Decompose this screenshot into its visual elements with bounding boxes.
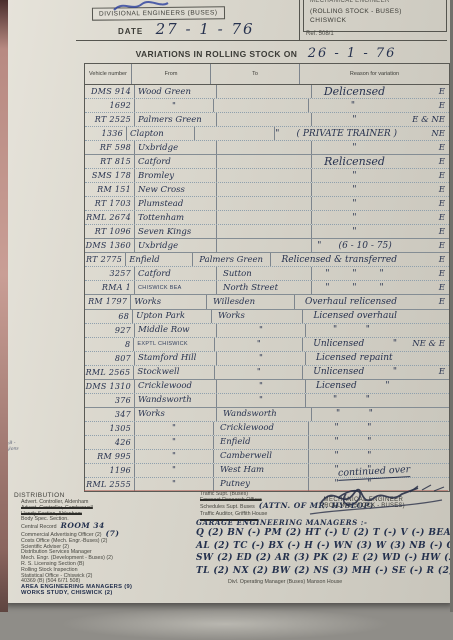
table-row: 68 Upton Park Works Licensed overhaul: [85, 310, 449, 324]
garage-codes-line: TL (2) NX (2) BW (2) NS (3) MH (-) SE (-…: [196, 565, 453, 578]
reason-text: Licensed repaint: [306, 353, 397, 363]
table-row: 347 Works Wandsworth " ": [85, 408, 449, 422]
reason-cell: " ": [306, 395, 449, 405]
reason-text: ": [312, 199, 397, 209]
to-garage: [217, 113, 312, 126]
to-garage: [217, 197, 312, 210]
reason-text: Unlicensed ": [303, 367, 397, 377]
status-code: E: [397, 269, 449, 279]
reason-text: ": [312, 115, 397, 125]
status-code: E & NE: [397, 115, 449, 125]
from-garage: Wood Green: [135, 85, 217, 98]
form-title-text: VARIATIONS IN ROLLING STOCK ON: [136, 49, 298, 59]
reason-text: " ": [309, 423, 397, 433]
to-garage: ": [215, 338, 303, 351]
table-row: RT 2775 Enfield Palmers Green Relicensed…: [85, 253, 449, 267]
from-garage: Uxbridge: [135, 239, 217, 252]
from-garage: ": [135, 422, 214, 435]
table-row: RT 2525 Palmers Green " E & NE: [85, 113, 449, 127]
reason-text: ": [312, 185, 397, 195]
garage-codes-line: AL (2) TC (-) BX (-) H (-) WN (3) W (3) …: [196, 540, 453, 553]
reason-text: " ( PRIVATE TRAINER ): [275, 129, 397, 139]
photo-left-edge: [0, 0, 8, 612]
table-row: 1336 Clapton " ( PRIVATE TRAINER ) NE: [85, 127, 449, 141]
table-row: 8 EXPTL CHISWICK " Unlicensed " NE & E: [85, 338, 449, 352]
divisional-manager-note: Divl. Operating Manager (Buses) Manson H…: [228, 579, 342, 585]
from-garage: Tottenham: [135, 211, 217, 224]
vehicle-number: RML 2565: [85, 366, 134, 379]
garage-codes-line: Q (2) BN (-) PM (2) HT (-) U (2) T (-) V…: [196, 527, 453, 540]
reason-cell: Licensed overhaul: [303, 311, 449, 321]
from-garage: Enfield: [126, 253, 193, 266]
date-label: DATE: [118, 27, 143, 36]
from-garage: Palmers Green: [135, 113, 217, 126]
pen-scribble-mark: [110, 0, 172, 14]
from-garage: Plumstead: [135, 197, 217, 210]
vehicle-number: 376: [85, 394, 135, 407]
reference-number: Ref. 508/1: [306, 31, 334, 37]
to-garage: [217, 211, 312, 224]
table-row: 426 " Enfield " ": [85, 436, 449, 450]
to-garage: Putney: [214, 478, 309, 491]
reason-cell: Unlicensed " NE & E: [303, 339, 449, 349]
to-garage: [217, 239, 312, 252]
vehicle-number: 1305: [85, 422, 135, 435]
reason-cell: " ": [309, 451, 449, 461]
vehicle-number: DMS 1360: [85, 239, 135, 252]
column-header-to: To: [211, 64, 300, 84]
to-garage: West Ham: [214, 464, 309, 477]
vehicle-number: RF 598: [85, 141, 135, 154]
to-garage: ": [217, 380, 306, 393]
column-header-vehicle: Vehicle number: [85, 64, 132, 84]
status-code: E: [397, 227, 449, 237]
to-garage: Palmers Green: [193, 253, 271, 266]
handwritten-insert: ROOM 34: [61, 521, 105, 530]
reason-cell: Unlicensed " E: [303, 367, 449, 377]
reason-cell: " " " E: [312, 269, 449, 279]
table-row: SMS 178 Bromley " E: [85, 169, 449, 183]
office-stamp-line3: CHISWICK: [310, 17, 347, 24]
list-item: WORKS STUDY, CHISWICK (2): [21, 591, 196, 597]
table-row: RML 2565 Stockwell " Unlicensed " E: [85, 366, 449, 380]
vehicle-number: 426: [85, 436, 135, 449]
from-garage: Seven Kings: [135, 225, 217, 238]
office-stamp-line2: (ROLLING STOCK - BUSES): [310, 8, 402, 15]
from-garage: EXPTL CHISWICK: [134, 338, 215, 351]
from-garage: Bromley: [135, 169, 217, 182]
reason-cell: " ": [306, 325, 449, 335]
status-code: E: [397, 297, 449, 307]
status-code: E: [397, 241, 449, 251]
table-row: DMS 1310 Cricklewood " Licensed ": [85, 380, 449, 394]
table-row: 1692 " " E: [85, 99, 449, 113]
vehicle-number: RM 995: [85, 450, 135, 463]
reason-text: " " ": [312, 269, 397, 279]
vehicle-number: RM 1797: [85, 295, 131, 308]
handwritten-insert: (7): [106, 529, 120, 538]
reason-text: Overhaul relicensed: [295, 297, 397, 307]
table-header: Vehicle number From To Reason for variat…: [85, 64, 449, 85]
table-row: 1305 " Cricklewood " ": [85, 422, 449, 436]
office-stamp: MECHANICAL ENGINEER (ROLLING STOCK - BUS…: [303, 0, 447, 32]
table-row: RF 598 Uxbridge " E: [85, 141, 449, 155]
to-garage: [217, 169, 312, 182]
office-stamp-line1: MECHANICAL ENGINEER: [310, 0, 390, 4]
reason-text: " ": [312, 409, 397, 419]
status-code: E: [397, 213, 449, 223]
table-row: RT 1096 Seven Kings " E: [85, 225, 449, 239]
to-garage: North Street: [217, 281, 312, 294]
table-row: DMS 1360 Uxbridge " (6 - 10 - 75) E: [85, 239, 449, 253]
photo-glare: [60, 608, 390, 640]
vehicle-number: DMS 914: [85, 85, 135, 98]
vehicle-number: 927: [85, 324, 135, 337]
vehicle-number: RT 2775: [85, 253, 126, 266]
reason-cell: " ( PRIVATE TRAINER ) NE: [275, 129, 449, 139]
reason-cell: " E: [312, 227, 449, 237]
from-garage: ": [135, 464, 214, 477]
status-code: E: [397, 157, 449, 167]
from-garage: Clapton: [127, 127, 195, 140]
reason-cell: " E & NE: [312, 115, 449, 125]
vehicle-number: 1692: [85, 99, 135, 112]
reason-text: " ": [309, 451, 397, 461]
to-garage: ": [217, 324, 306, 337]
form-title: VARIATIONS IN ROLLING STOCK ON 26 - 1 - …: [84, 44, 448, 62]
to-garage: [217, 183, 312, 196]
distribution-title: DISTRIBUTION: [14, 492, 65, 499]
reason-cell: " ": [309, 423, 449, 433]
table-row: RT 1703 Plumstead " E: [85, 197, 449, 211]
from-garage: Stockwell: [134, 366, 215, 379]
reason-cell: " ": [312, 409, 449, 419]
table-row: RM 151 New Cross " E: [85, 183, 449, 197]
from-garage: Wandsworth: [135, 394, 217, 407]
vehicle-number: 807: [85, 352, 135, 365]
from-garage: Middle Row: [135, 324, 217, 337]
to-garage: ": [217, 352, 306, 365]
to-garage: [195, 127, 275, 140]
reason-text: Unlicensed ": [303, 339, 397, 349]
table-row: 807 Stamford Hill " Licensed repaint: [85, 352, 449, 366]
reason-cell: Licensed repaint: [306, 353, 449, 363]
from-garage: Stamford Hill: [135, 352, 217, 365]
status-code: E: [397, 171, 449, 181]
reason-cell: Relicensed & transferred E: [271, 255, 449, 265]
reason-text: ": [312, 143, 397, 153]
reason-text: Relicensed: [312, 155, 397, 168]
vehicle-number: DMS 1310: [85, 380, 135, 393]
to-garage: Willesden: [207, 295, 295, 308]
vehicle-number: 68: [85, 310, 133, 323]
distribution-list: Advert. Controller, AldenhamAdvert. Cont…: [21, 500, 196, 597]
reason-cell: " E: [312, 143, 449, 153]
from-garage: Works: [131, 295, 207, 308]
to-garage: [217, 141, 312, 154]
from-garage: Cricklewood: [135, 380, 217, 393]
reason-text: " ": [306, 325, 397, 335]
reason-text: ": [312, 213, 397, 223]
reason-cell: " E: [312, 213, 449, 223]
table-row: RM 995 " Camberwell " ": [85, 450, 449, 464]
to-garage: Sutton: [217, 267, 312, 280]
garage-codes-line: SW (2) ED (2) AR (3) PK (2) E (2) WD (-)…: [196, 552, 453, 565]
vehicle-number: 8: [85, 338, 134, 351]
table-row: 3257 Catford Sutton " " " E: [85, 267, 449, 281]
status-code: E: [397, 87, 449, 97]
from-garage: New Cross: [135, 183, 217, 196]
from-garage: Catford: [135, 267, 217, 280]
to-garage: ": [217, 394, 306, 407]
to-garage: [217, 225, 312, 238]
date-value: 27 - 1 - 76: [156, 20, 255, 38]
from-garage: ": [135, 436, 214, 449]
status-code: E: [397, 143, 449, 153]
status-code: NE: [397, 129, 449, 139]
date-row: DATE 27 - 1 - 76: [118, 20, 255, 39]
table-row: RML 2674 Tottenham " E: [85, 211, 449, 225]
reason-text: " ": [309, 437, 397, 447]
table-row: DMS 914 Wood Green Delicensed E: [85, 85, 449, 99]
reason-text: " (6 - 10 - 75): [312, 241, 397, 251]
reason-cell: " " " E: [312, 283, 449, 293]
to-garage: Enfield: [214, 436, 309, 449]
reason-text: Relicensed & transferred: [271, 255, 397, 265]
from-garage: Uxbridge: [135, 141, 217, 154]
reason-cell: " E: [312, 185, 449, 195]
column-header-from: From: [132, 64, 211, 84]
reason-text: Delicensed: [312, 85, 397, 98]
status-code: E: [397, 255, 449, 265]
reason-cell: Overhaul relicensed E: [295, 297, 449, 307]
vehicle-number: RT 1703: [85, 197, 135, 210]
to-garage: Camberwell: [214, 450, 309, 463]
reason-text: " " ": [312, 283, 397, 293]
from-garage: ": [135, 478, 214, 491]
header-rule: [76, 40, 447, 41]
to-garage: [217, 85, 312, 98]
vehicle-number: RMA 1: [85, 281, 135, 294]
reason-text: Licensed overhaul: [303, 311, 397, 321]
status-code: E: [397, 283, 449, 293]
status-code: E: [397, 199, 449, 209]
from-garage: CHISWICK BEA: [135, 281, 217, 294]
vehicle-number: RM 151: [85, 183, 135, 196]
to-garage: [214, 99, 309, 112]
vehicle-number: RML 2674: [85, 211, 135, 224]
vehicle-number: RT 815: [85, 155, 135, 168]
table-body: DMS 914 Wood Green Delicensed E 1692 " "…: [85, 85, 449, 491]
from-garage: Upton Park: [133, 310, 212, 323]
reason-cell: " E: [309, 101, 449, 111]
reason-text: " ": [306, 395, 397, 405]
to-garage: ": [215, 366, 303, 379]
status-code: E: [397, 101, 449, 111]
to-garage: Works: [212, 310, 303, 323]
vehicle-number: 347: [85, 408, 135, 421]
reason-cell: " (6 - 10 - 75) E: [312, 241, 449, 251]
table-row: RM 1797 Works Willesden Overhaul relicen…: [85, 295, 449, 309]
to-garage: Cricklewood: [214, 422, 309, 435]
table-row: RMA 1 CHISWICK BEA North Street " " " E: [85, 281, 449, 295]
table-row: RT 815 Catford Relicensed E: [85, 155, 449, 169]
reason-text: ": [312, 171, 397, 181]
status-code: E: [397, 185, 449, 195]
vehicle-number: 1196: [85, 464, 135, 477]
reason-cell: " E: [312, 171, 449, 181]
vehicle-number: RT 1096: [85, 225, 135, 238]
reason-text: ": [309, 101, 397, 111]
reason-text: ": [312, 227, 397, 237]
scanned-form-page: DIVISIONAL ENGINEERS (BUSES) DATE 27 - 1…: [0, 0, 453, 640]
reason-cell: Licensed ": [306, 381, 449, 391]
from-garage: Works: [135, 408, 217, 421]
form-title-date: 26 - 1 - 76: [308, 46, 397, 61]
table-row: 376 Wandsworth " " ": [85, 394, 449, 408]
signature-scrawl: [300, 474, 450, 524]
table-row: 927 Middle Row " " ": [85, 324, 449, 338]
from-garage: ": [135, 450, 214, 463]
reason-cell: Relicensed E: [312, 155, 449, 168]
status-code: E: [397, 367, 449, 377]
vehicle-number: SMS 178: [85, 169, 135, 182]
reason-text: Licensed ": [306, 381, 397, 391]
vehicle-number: 1336: [85, 127, 127, 140]
to-garage: Wandsworth: [217, 408, 312, 421]
vehicle-number: RML 2555: [85, 478, 135, 491]
to-garage: [217, 155, 312, 168]
header-divider: [299, 0, 300, 40]
status-code: NE & E: [397, 339, 449, 349]
reason-cell: " ": [309, 437, 449, 447]
vehicle-number: 3257: [85, 267, 135, 280]
from-garage: Catford: [135, 155, 217, 168]
vehicle-number: RT 2525: [85, 113, 135, 126]
garage-codes-block: Q (2) BN (-) PM (2) HT (-) U (2) T (-) V…: [196, 527, 453, 577]
from-garage: ": [135, 99, 214, 112]
column-header-reason: Reason for variation: [300, 64, 449, 84]
reason-cell: " E: [312, 199, 449, 209]
variations-table: Vehicle number From To Reason for variat…: [84, 63, 450, 492]
reason-cell: Delicensed E: [312, 85, 449, 98]
